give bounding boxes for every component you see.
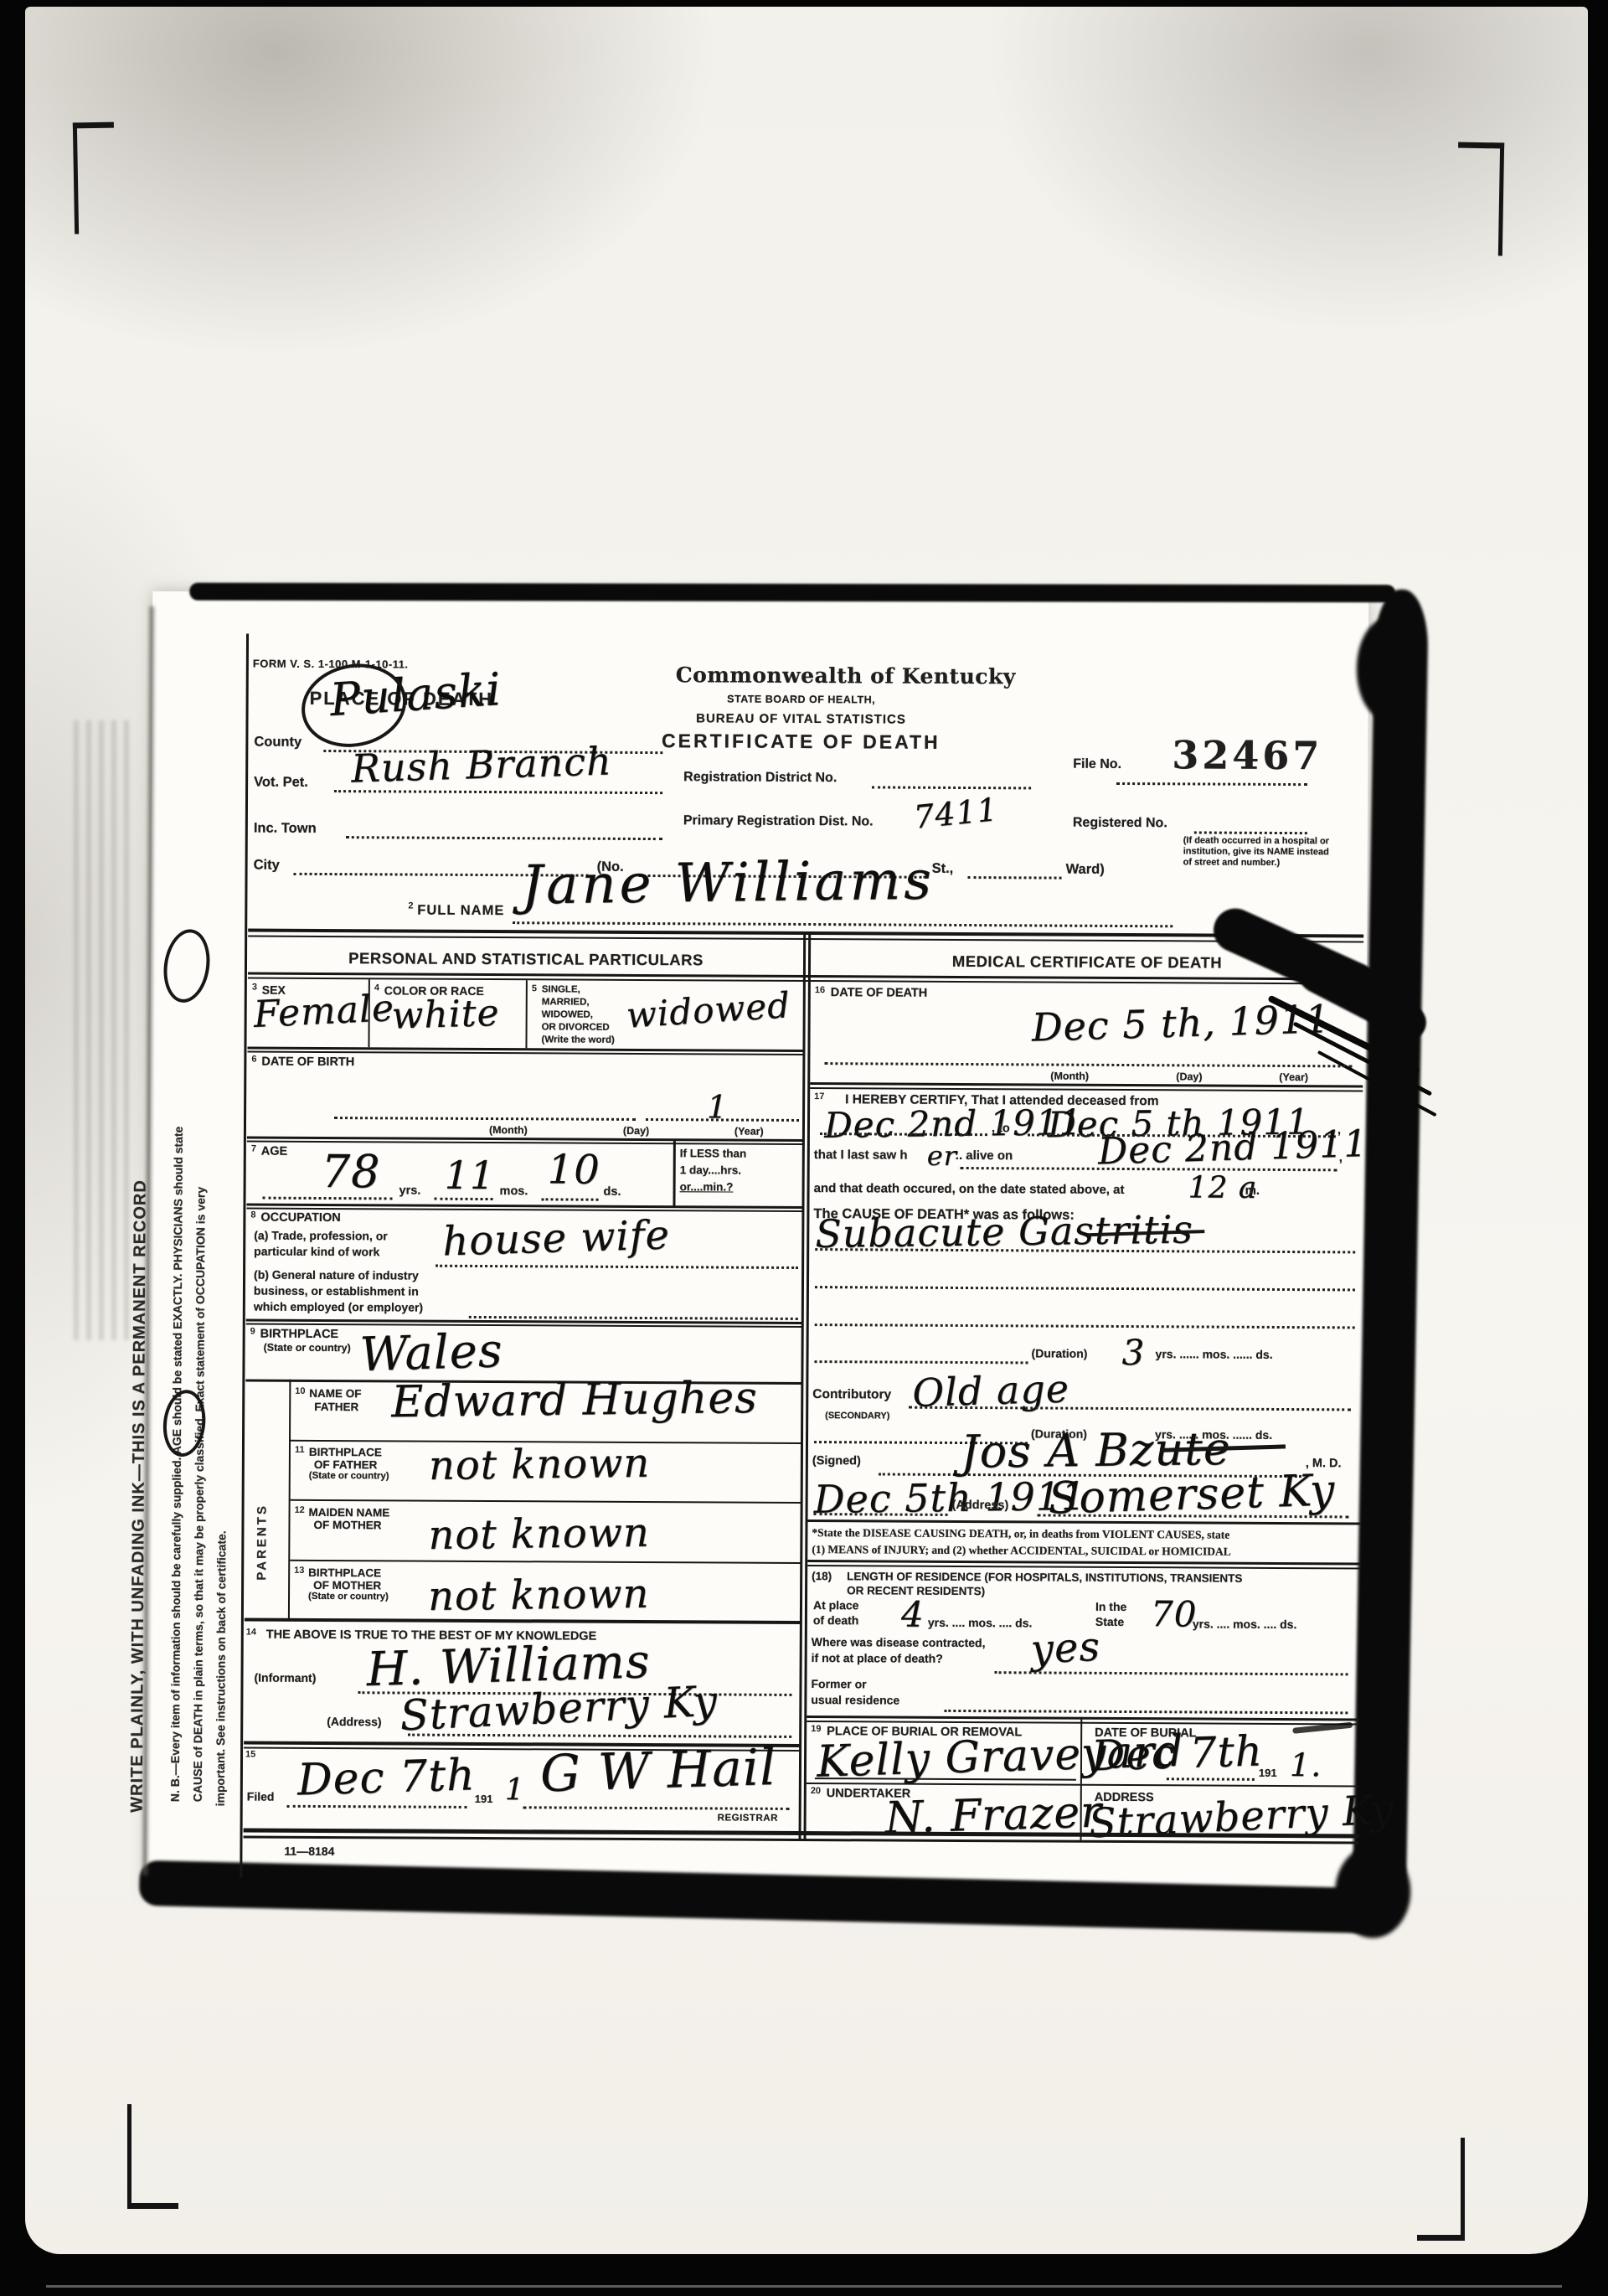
- dob-day-caption: (Day): [623, 1125, 649, 1137]
- attest-num: 14: [246, 1628, 256, 1638]
- mother-name-line1: MAIDEN NAME: [309, 1506, 390, 1519]
- certificate-title: CERTIFICATE OF DEATH: [658, 730, 943, 754]
- full-name-handwritten: Jane Williams: [521, 850, 935, 917]
- sex-handwritten: Female: [253, 987, 395, 1036]
- burial-date-line: [1167, 1777, 1255, 1781]
- birthplace-num: 9: [250, 1327, 255, 1337]
- marital-line4: OR DIVORCED: [542, 1022, 610, 1032]
- dob-month-caption: (Month): [489, 1124, 528, 1136]
- residence-num: (18): [812, 1570, 832, 1582]
- county-label: County: [254, 735, 301, 751]
- mother-bp-handwritten: not known: [428, 1571, 650, 1620]
- father-bp-line1: BIRTHPLACE: [309, 1446, 382, 1458]
- certify-num: 17: [814, 1091, 824, 1102]
- age-line-2: [435, 1198, 493, 1200]
- signed-label: (Signed): [812, 1454, 861, 1468]
- age-cell-divider: [673, 1140, 675, 1207]
- bureau-subtitle: BUREAU OF VITAL STATISTICS: [675, 711, 926, 727]
- form-number: FORM V. S. 1-100 M-1-10-11.: [253, 658, 409, 671]
- duration1-years-handwritten: 3: [1121, 1332, 1145, 1373]
- precinct-label: Vot. Pet.: [254, 775, 308, 791]
- father-bp-handwritten: not known: [429, 1440, 651, 1489]
- residence-former-line1: Former or: [811, 1677, 866, 1690]
- filed-year-printed: 191: [475, 1793, 493, 1805]
- burial-year-printed: 191: [1259, 1767, 1277, 1779]
- contributory-sub: (SECONDARY): [825, 1411, 889, 1421]
- file-no-label: File No.: [1073, 757, 1121, 772]
- burial-year-handwritten: 1.: [1290, 1747, 1322, 1783]
- informant-address-label: (Address): [327, 1715, 381, 1728]
- undertaker-num: 20: [811, 1786, 821, 1796]
- age-less-line3: or....min.?: [680, 1180, 734, 1193]
- color-handwritten: white: [391, 992, 500, 1038]
- age-num: 7: [251, 1144, 256, 1154]
- age-years-label: yrs.: [399, 1184, 421, 1197]
- inc-town-label: Inc. Town: [254, 821, 317, 837]
- occupation-handwritten: house wife: [442, 1211, 671, 1265]
- dod-year-caption: (Year): [1279, 1071, 1308, 1083]
- margin-note-line4: important. See instructions on back of c…: [214, 1412, 229, 1806]
- filed-label: Filed: [247, 1790, 275, 1803]
- occupation-a-line2: particular kind of work: [254, 1245, 379, 1259]
- age-days-handwritten: 10: [548, 1146, 600, 1193]
- registration-district-label: Registration District No.: [683, 770, 837, 786]
- parents-label: PARENTS: [255, 1426, 270, 1581]
- color-num: 4: [374, 983, 379, 993]
- plate-number: 11—8184: [284, 1845, 334, 1858]
- saw-sex-handwritten: er: [927, 1140, 957, 1172]
- occupation-b-line1: (b) General nature of industry: [254, 1268, 419, 1282]
- father-name-num: 10: [295, 1386, 305, 1396]
- residence-former-line2: usual residence: [811, 1693, 899, 1707]
- mother-bp-line1: BIRTHPLACE: [308, 1566, 381, 1579]
- burial-num: 19: [811, 1724, 821, 1734]
- occupation-num: 8: [250, 1210, 255, 1220]
- dob-year-caption: (Year): [734, 1126, 764, 1138]
- age-years-handwritten: 78: [322, 1145, 381, 1198]
- dod-label: DATE OF DEATH: [831, 986, 928, 1000]
- full-name-num: 2: [408, 901, 413, 911]
- marital-line2: MARRIED,: [542, 997, 590, 1007]
- father-bp-line3: (State or country): [309, 1471, 389, 1482]
- certify-to-label: , to: [992, 1122, 1010, 1135]
- died-line: and that death occured, on the date stat…: [814, 1181, 1125, 1197]
- filed-year-handwritten: 1: [505, 1772, 525, 1807]
- mother-name-line2: OF MOTHER: [313, 1519, 381, 1531]
- residence-state-line1: In the: [1095, 1600, 1126, 1613]
- hospital-note: (If death occurred in a hospital or inst…: [1183, 835, 1334, 869]
- commonwealth-title: Commonwealth of Kentucky: [676, 663, 927, 689]
- residence-state-handwritten: 70: [1151, 1593, 1198, 1634]
- full-name-label: FULL NAME: [417, 903, 504, 920]
- dob-label: DATE OF BIRTH: [261, 1055, 354, 1070]
- contributory-label: Contributory: [812, 1387, 891, 1402]
- file-no-value: 32467: [1172, 732, 1322, 778]
- residence-at-line2: of death: [813, 1613, 859, 1627]
- city-st-label: St.,: [932, 861, 954, 877]
- saw-pre: that I last saw h: [814, 1148, 908, 1163]
- residence-state-units: yrs. .... mos. .... ds.: [1193, 1617, 1297, 1631]
- certificate-edge-top: [189, 583, 1395, 603]
- occupation-a-line1: (a) Trade, profession, or: [254, 1229, 388, 1243]
- city-ward-label: Ward): [1066, 862, 1105, 878]
- saw-comma: ,: [1339, 1150, 1343, 1164]
- filed-num: 15: [245, 1750, 255, 1760]
- edge-blotch-2: [1335, 1845, 1411, 1937]
- mother-name-num: 12: [295, 1505, 305, 1515]
- mother-bp-line2: OF MOTHER: [313, 1579, 381, 1592]
- residence-state-line2: State: [1095, 1615, 1124, 1628]
- marital-num: 5: [532, 983, 537, 993]
- registrar-label: REGISTRAR: [718, 1813, 778, 1823]
- saw-post: .. alive on: [956, 1148, 1013, 1163]
- filed-date-handwritten: Dec 7th: [296, 1750, 476, 1805]
- father-name-handwritten: Edward Hughes: [391, 1373, 758, 1427]
- father-name-line1: NAME OF: [309, 1387, 361, 1400]
- age-months-label: mos.: [500, 1184, 528, 1198]
- saw-date-handwritten: Dec 2nd 1911: [1097, 1122, 1368, 1174]
- registered-no-label: Registered No.: [1073, 816, 1167, 832]
- dod-num: 16: [815, 985, 825, 995]
- burial-date-handwritten: Dec 7th: [1090, 1726, 1263, 1780]
- occupation-b-line3: which employed (or employer): [254, 1300, 423, 1314]
- age-days-label: ds.: [604, 1185, 621, 1199]
- mother-bp-line3: (State or country): [308, 1592, 389, 1602]
- age-label: AGE: [261, 1145, 288, 1158]
- residence-title-line1: LENGTH OF RESIDENCE (FOR HOSPITALS, INST…: [847, 1570, 1242, 1584]
- informant-label: (Informant): [254, 1671, 316, 1685]
- age-less-line2: 1 day....hrs.: [680, 1163, 741, 1176]
- dob-num: 6: [251, 1055, 256, 1065]
- scanned-page: WRITE PLAINLY, WITH UNFADING INK—THIS IS…: [0, 0, 1608, 2296]
- age-line-3: [542, 1198, 599, 1200]
- signed-address-label: (Address): [952, 1499, 1009, 1512]
- occupation-b-line2: business, or establishment in: [254, 1284, 419, 1298]
- footnote-line1: *State the DISEASE CAUSING DEATH, or, in…: [812, 1526, 1229, 1542]
- city-st-line: [968, 876, 1062, 880]
- residence-where-handwritten: yes: [1029, 1623, 1101, 1674]
- personal-section-title: PERSONAL AND STATISTICAL PARTICULARS: [248, 949, 804, 970]
- duration1-label: (Duration): [1032, 1346, 1088, 1360]
- duration1-units: yrs. ...... mos. ...... ds.: [1156, 1347, 1273, 1361]
- marital-line3: WIDOWED,: [542, 1009, 593, 1019]
- age-months-handwritten: 11: [445, 1153, 496, 1198]
- footnote-line2: (1) MEANS of INJURY; and (2) whether ACC…: [812, 1543, 1231, 1559]
- father-name-line2: FATHER: [314, 1401, 358, 1413]
- registrar-signature: G W Hail: [539, 1738, 777, 1803]
- mother-name-handwritten: not known: [428, 1509, 650, 1559]
- primary-registration-label: Primary Registration Dist. No.: [683, 813, 874, 829]
- residence-where-line2: if not at place of death?: [812, 1651, 943, 1665]
- certify-from-handwritten: Dec 2nd 1911: [824, 1102, 1083, 1146]
- residence-at-handwritten: 4: [901, 1594, 925, 1635]
- residence-at-units: yrs. .... mos. .... ds.: [928, 1616, 1033, 1630]
- precinct-handwritten: Rush Branch: [351, 738, 613, 791]
- city-label: City: [254, 858, 280, 874]
- age-less-line1: If LESS than: [680, 1147, 747, 1159]
- residence-where-line1: Where was disease contracted,: [812, 1635, 986, 1649]
- sex-num: 3: [252, 983, 257, 993]
- birthplace-handwritten: Wales: [359, 1323, 504, 1382]
- birthplace-label: BIRTHPLACE: [260, 1328, 339, 1341]
- residence-at-line1: At place: [813, 1598, 859, 1612]
- birthplace-sub: (State or country): [264, 1342, 351, 1354]
- marital-line5: (Write the word): [541, 1034, 614, 1045]
- dod-handwritten: Dec 5 th, 1911: [1031, 996, 1331, 1050]
- dod-day-caption: (Day): [1176, 1071, 1202, 1082]
- dod-month-caption: (Month): [1050, 1071, 1089, 1082]
- father-bp-num: 11: [295, 1445, 305, 1455]
- color-cell-divider: [525, 980, 527, 1048]
- died-m: m.: [1245, 1184, 1260, 1198]
- father-bp-line2: OF FATHER: [314, 1458, 378, 1471]
- occupation-label: OCCUPATION: [260, 1211, 340, 1225]
- edge-blotch-1: [1357, 618, 1416, 719]
- mother-bp-num: 13: [294, 1566, 304, 1576]
- marital-line1: SINGLE,: [542, 984, 580, 994]
- state-board-subtitle: STATE BOARD OF HEALTH,: [676, 693, 927, 706]
- dob-handwritten: 1: [707, 1088, 728, 1125]
